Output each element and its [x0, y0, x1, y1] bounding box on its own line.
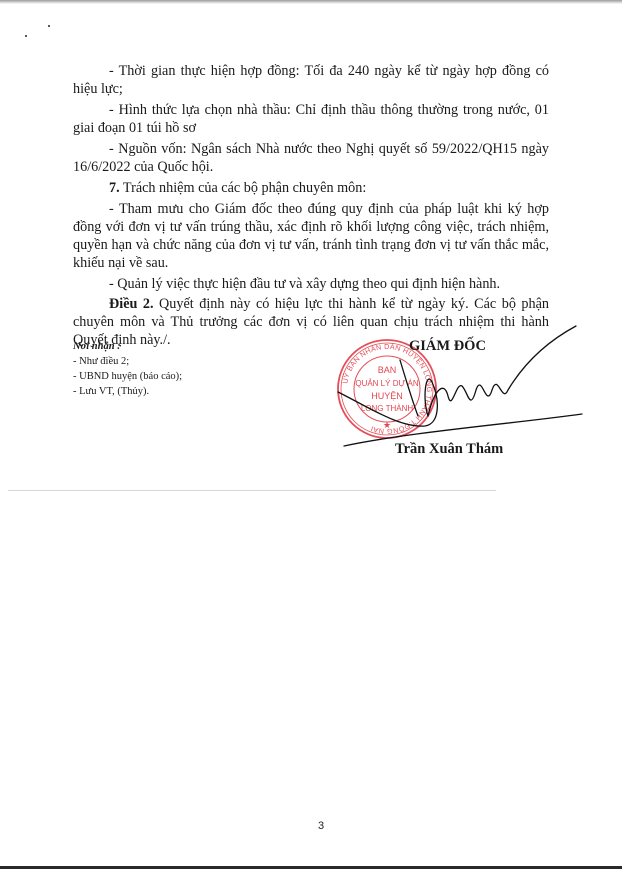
paragraph-contract-duration: - Thời gian thực hiện hợp đồng: Tối đa 2… [73, 62, 549, 98]
section-title: Trách nhiệm của các bộ phận chuyên môn: [120, 180, 367, 196]
scan-top-edge [0, 0, 622, 4]
handwritten-signature-icon [330, 320, 622, 460]
recipients-heading: Nơi nhận : [73, 339, 182, 354]
section-number: 7. [109, 180, 120, 196]
paragraph-manage-investment: - Quản lý việc thực hiện đầu tư và xây d… [73, 275, 549, 293]
document-body: - Thời gian thực hiện hợp đồng: Tối đa 2… [73, 62, 549, 352]
recipient-item: - UBND huyện (báo cáo); [73, 369, 182, 384]
paragraph-selection-method: - Hình thức lựa chọn nhà thầu: Chỉ định … [73, 101, 549, 137]
recipients-block: Nơi nhận : - Như điều 2; - UBND huyện (b… [73, 339, 182, 399]
page-number: 3 [318, 820, 324, 832]
signatory-name: Trần Xuân Thám [395, 441, 503, 458]
scan-speck [25, 35, 27, 37]
page-divider [8, 490, 496, 491]
paragraph-advise-director: - Tham mưu cho Giám đốc theo đúng quy đị… [73, 200, 549, 272]
section-7-heading: 7. Trách nhiệm của các bộ phận chuyên mô… [73, 179, 549, 197]
article-label: Điều 2. [109, 296, 154, 312]
recipient-item: - Lưu VT, (Thủy). [73, 384, 182, 399]
paragraph-funding-source: - Nguồn vốn: Ngân sách Nhà nước theo Ngh… [73, 140, 549, 176]
scan-speck [48, 25, 50, 27]
recipient-item: - Như điều 2; [73, 354, 182, 369]
